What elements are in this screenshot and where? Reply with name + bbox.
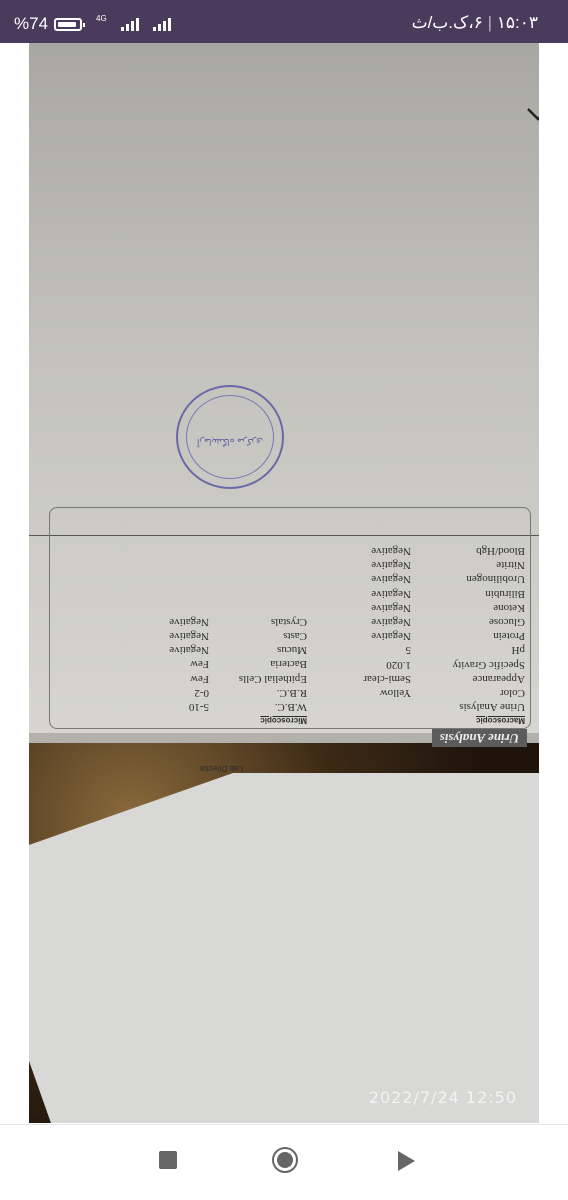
test-name: pH [512, 644, 525, 656]
macroscopic-heading: Macroscopic [476, 716, 525, 725]
lab-director-label: Lab Director [199, 764, 243, 773]
battery-percent: %74 [14, 14, 48, 34]
signal-icon-2 [153, 17, 171, 31]
status-time: ۱۵:۰۳ [497, 13, 538, 32]
status-right: ۱۵:۰۳ | ۶،ک.ب/ث [412, 13, 538, 33]
test-name: Epithelial Cells [239, 673, 307, 685]
stamp-icon: آزمایشگاه مرکزی [176, 385, 284, 489]
report-title: Urine Analysis [432, 729, 527, 747]
test-result: Few [190, 658, 209, 670]
test-result: 0-2 [194, 687, 209, 699]
test-name: R.B.C. [277, 687, 307, 699]
test-result: 5 [406, 644, 412, 656]
recents-square-icon[interactable] [159, 1151, 177, 1169]
test-name: Bilirubin [485, 588, 525, 600]
test-name: Color [500, 687, 525, 699]
test-name: Casts [283, 630, 307, 642]
navigation-bar [0, 1124, 568, 1200]
battery-icon [54, 18, 82, 31]
test-result: Negative [371, 559, 411, 571]
network-type: 4G [96, 14, 107, 23]
test-name: W.B.C. [275, 701, 307, 713]
signal-icon [121, 17, 139, 31]
test-result: Negative [371, 602, 411, 614]
status-left: %74 4G [14, 14, 171, 34]
microscopic-heading: Microscopic [260, 716, 307, 725]
photo-viewer[interactable]: آزمایشگاه مرکزی Lab Director Urine Analy… [29, 43, 539, 1123]
test-result: Negative [371, 588, 411, 600]
test-result: 5-10 [189, 701, 209, 713]
test-name: Appearance [472, 673, 525, 685]
urine-analysis-report: Lab Director Urine Analysis Macroscopic … [34, 508, 539, 753]
test-name: Protein [493, 630, 525, 642]
chevron-down-icon[interactable] [525, 101, 539, 127]
test-result: Negative [169, 644, 209, 656]
section-label: Urine Analysis [459, 701, 525, 713]
test-result: Few [190, 673, 209, 685]
test-name: Bacteria [270, 658, 307, 670]
test-result: Negative [371, 616, 411, 628]
test-name: Mucus [277, 644, 307, 656]
test-name: Blood/Hgb [476, 545, 525, 557]
photo-timestamp: 2022/7/24 12:50 [369, 1088, 517, 1107]
test-result: Negative [169, 616, 209, 628]
status-bar: %74 4G ۱۵:۰۳ | ۶،ک.ب/ث [0, 0, 568, 43]
home-circle-icon[interactable] [272, 1147, 298, 1173]
status-date: ۶،ک.ب/ث [412, 13, 483, 32]
folded-sheet [29, 773, 539, 1123]
test-result: Semi-clear [363, 673, 411, 685]
test-result: Negative [371, 630, 411, 642]
test-name: Ketone [493, 602, 525, 614]
test-name: Specific Gravity [453, 659, 525, 671]
stamp-text: آزمایشگاه مرکزی [178, 436, 282, 447]
test-name: Urobilinogen [466, 573, 525, 585]
test-name: Nitrite [496, 559, 525, 571]
test-result: Negative [371, 545, 411, 557]
test-name: Crystals [271, 616, 307, 628]
test-result: Yellow [380, 687, 411, 699]
test-result: 1.020 [386, 659, 411, 671]
test-name: Glucose [489, 616, 525, 628]
test-result: Negative [169, 630, 209, 642]
back-triangle-icon[interactable] [398, 1151, 415, 1171]
test-result: Negative [371, 573, 411, 585]
